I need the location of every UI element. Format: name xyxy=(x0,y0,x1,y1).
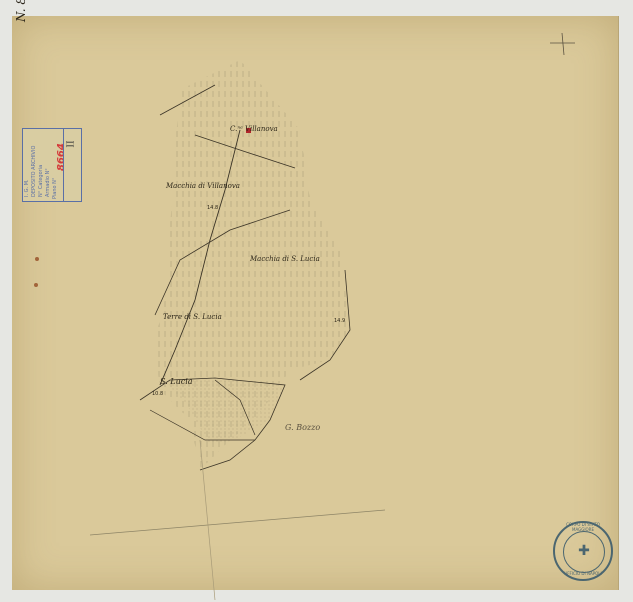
sheet-number: N. 8 xyxy=(14,0,28,22)
elevation: 14.8 xyxy=(207,205,218,211)
elevation: 10.8 xyxy=(152,391,163,397)
label-s-lucia: S. Lucia xyxy=(160,377,193,386)
savoy-cross-icon: ✚ xyxy=(577,544,591,558)
label-villanova: C.ⁿᵃ Villanova xyxy=(230,125,278,133)
register-cross xyxy=(550,33,575,55)
elevation: 14.9 xyxy=(334,318,345,324)
archive-stamp: I. G. M. DEPOSITO ARCHIVIO N° Categoria … xyxy=(22,128,82,202)
stamp-line: Piano N° xyxy=(52,171,61,199)
pin-hole xyxy=(35,257,39,261)
signature: G. Bozzo xyxy=(285,423,320,432)
seal-bottom-text: UFFICIO DI NAPOLI xyxy=(555,571,611,576)
label-terre-s-lucia: Terre di S. Lucia xyxy=(163,313,222,321)
label-macchia-s-lucia: Macchia di S. Lucia xyxy=(250,255,320,263)
label-macchia-villanova: Macchia di Villanova xyxy=(166,182,240,190)
map-drawing: G. Bozzo xyxy=(0,0,633,602)
archive-number: 8664 xyxy=(56,133,68,171)
archive-roman: II xyxy=(67,140,77,147)
office-seal: CORPO DI STATO MAGGIORE ✚ UFFICIO DI NAP… xyxy=(553,521,613,581)
pin-hole xyxy=(34,283,38,287)
